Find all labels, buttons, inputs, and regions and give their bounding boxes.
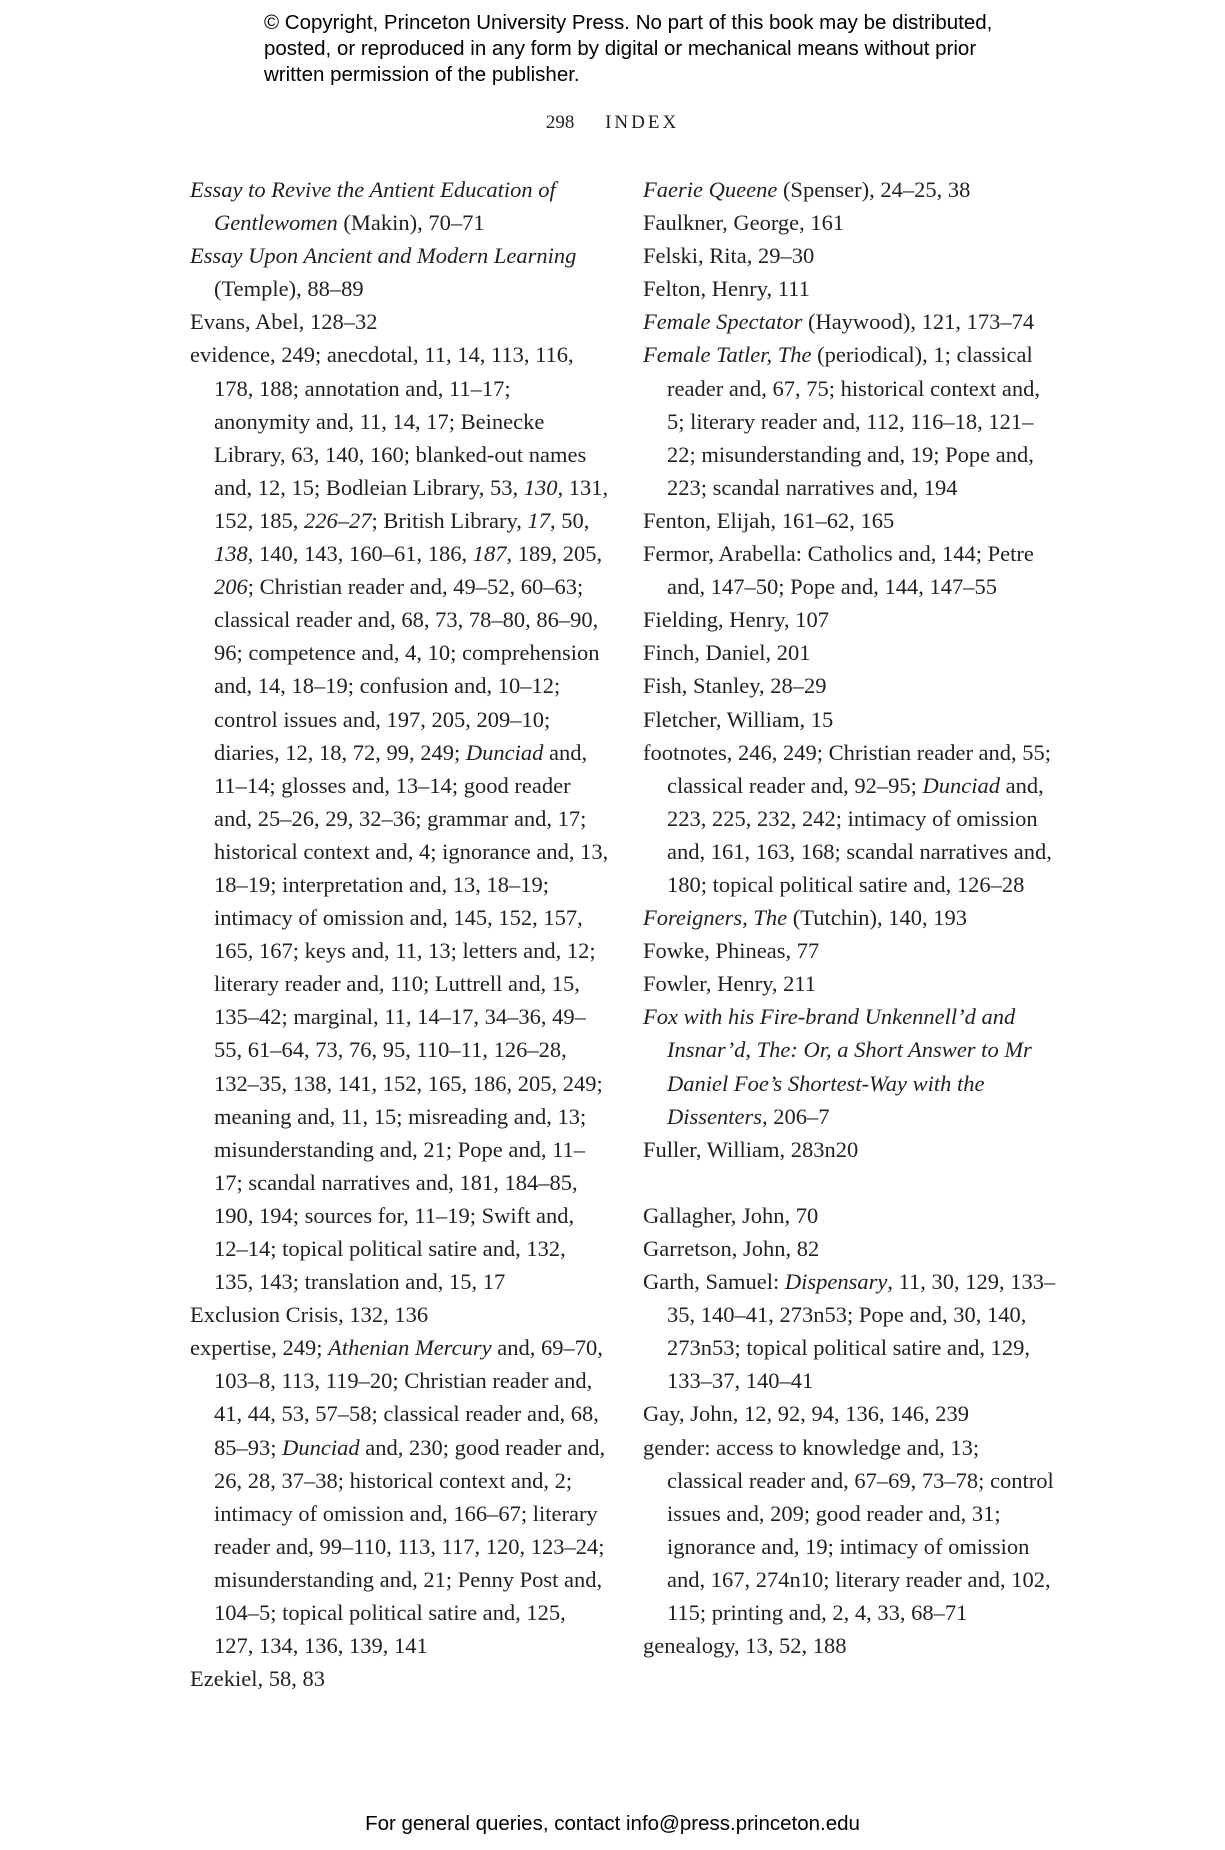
index-entry-italic-text: Foreigners, The — [643, 905, 787, 930]
index-entry-text: (Haywood), 121, 173–74 — [802, 309, 1034, 334]
index-entry-text: (Makin), 70–71 — [338, 210, 485, 235]
index-entry-text: Fowler, Henry, 211 — [643, 971, 816, 996]
index-entry: Evans, Abel, 128–32 — [190, 305, 610, 338]
index-entry-italic-text: Dunciad — [282, 1435, 360, 1460]
index-entry: Essay Upon Ancient and Modern Learning (… — [190, 239, 610, 305]
index-entry-italic-text: Athenian Mercury — [328, 1335, 492, 1360]
index-entry-text: ; Christian reader and, 49–52, 60–63; cl… — [214, 574, 600, 764]
index-entry: Female Spectator (Haywood), 121, 173–74 — [643, 305, 1058, 338]
index-entry: Faulkner, George, 161 — [643, 206, 1058, 239]
index-entry-text: (Spenser), 24–25, 38 — [777, 177, 970, 202]
index-entry-text: Ezekiel, 58, 83 — [190, 1666, 325, 1691]
index-entry-text: , 206–7 — [762, 1104, 830, 1129]
index-entry: Felton, Henry, 111 — [643, 272, 1058, 305]
index-entry: Fuller, William, 283n20 — [643, 1133, 1058, 1166]
index-entry-text: Gallagher, John, 70 — [643, 1203, 818, 1228]
index-entry-text: Gay, John, 12, 92, 94, 136, 146, 239 — [643, 1401, 969, 1426]
index-entry: gender: access to knowledge and, 13; cla… — [643, 1431, 1058, 1630]
index-entry-text: Garth, Samuel: — [643, 1269, 785, 1294]
index-entry: Fowler, Henry, 211 — [643, 967, 1058, 1000]
index-entry: Faerie Queene (Spenser), 24–25, 38 — [643, 173, 1058, 206]
index-entry-text: Fuller, William, 283n20 — [643, 1137, 858, 1162]
index-entry: Fletcher, William, 15 — [643, 703, 1058, 736]
index-column-right: Faerie Queene (Spenser), 24–25, 38Faulkn… — [643, 173, 1058, 1662]
index-entry-text: Fenton, Elijah, 161–62, 165 — [643, 508, 894, 533]
index-entry-text: Finch, Daniel, 201 — [643, 640, 810, 665]
index-entry: Garretson, John, 82 — [643, 1232, 1058, 1265]
index-entry-text: Fowke, Phineas, 77 — [643, 938, 819, 963]
index-entry-text: Fletcher, William, 15 — [643, 707, 833, 732]
index-entry: Ezekiel, 58, 83 — [190, 1662, 610, 1695]
index-entry: Exclusion Crisis, 132, 136 — [190, 1298, 610, 1331]
index-entry: Fowke, Phineas, 77 — [643, 934, 1058, 967]
index-entry-italic-text: Dunciad — [466, 740, 544, 765]
index-entry-italic-text: 130 — [524, 475, 558, 500]
index-entry-text: and, 11–14; glosses and, 13–14; good rea… — [214, 740, 608, 1295]
index-entry-text: (Tutchin), 140, 193 — [787, 905, 967, 930]
index-entry-italic-text: Faerie Queene — [643, 177, 777, 202]
index-entry: Fenton, Elijah, 161–62, 165 — [643, 504, 1058, 537]
index-entry: evidence, 249; anecdotal, 11, 14, 113, 1… — [190, 338, 610, 1298]
index-entry: Essay to Revive the Antient Education of… — [190, 173, 610, 239]
section-title: INDEX — [605, 112, 679, 133]
index-entry-text: Faulkner, George, 161 — [643, 210, 844, 235]
index-entry: Female Tatler, The (periodical), 1; clas… — [643, 338, 1058, 503]
index-entry-text: Fish, Stanley, 28–29 — [643, 673, 827, 698]
index-entry-italic-text: Fox with his Fire-brand Unkennell’d and … — [643, 1004, 1032, 1128]
index-entry-text: Felski, Rita, 29–30 — [643, 243, 814, 268]
index-entry-text: , 50, — [550, 508, 589, 533]
index-entry-text: genealogy, 13, 52, 188 — [643, 1633, 847, 1658]
index-entry: Fermor, Arabella: Catholics and, 144; Pe… — [643, 537, 1058, 603]
index-entry: Felski, Rita, 29–30 — [643, 239, 1058, 272]
index-entry: Garth, Samuel: Dispensary, 11, 30, 129, … — [643, 1265, 1058, 1397]
index-entry-italic-text: Dispensary — [785, 1269, 888, 1294]
index-entry-text: Evans, Abel, 128–32 — [190, 309, 377, 334]
index-entry-italic-text: 226–27 — [304, 508, 372, 533]
index-entry: Foreigners, The (Tutchin), 140, 193 — [643, 901, 1058, 934]
index-entry-text: and, 230; good reader and, 26, 28, 37–38… — [214, 1435, 605, 1659]
index-entry-text: ; British Library, — [372, 508, 528, 533]
index-entry-italic-text: 206 — [214, 574, 248, 599]
running-head: 298 INDEX — [0, 112, 1225, 134]
copyright-notice: © Copyright, Princeton University Press.… — [264, 10, 1024, 88]
index-entry-text: Fielding, Henry, 107 — [643, 607, 829, 632]
footer-contact: For general queries, contact info@press.… — [0, 1812, 1225, 1836]
index-entry-italic-text: Dunciad — [923, 773, 1001, 798]
page-number: 298 — [546, 112, 575, 133]
index-entry-text: expertise, 249; — [190, 1335, 328, 1360]
index-entry: Finch, Daniel, 201 — [643, 636, 1058, 669]
index-entry-italic-text: Essay Upon Ancient and Modern Learning — [190, 243, 576, 268]
index-entry: Fox with his Fire-brand Unkennell’d and … — [643, 1000, 1058, 1132]
index-entry: genealogy, 13, 52, 188 — [643, 1629, 1058, 1662]
index-entry-italic-text: Female Tatler, The — [643, 342, 812, 367]
index-entry-italic-text: 187 — [473, 541, 507, 566]
index-entry-italic-text: 17 — [528, 508, 551, 533]
index-entry-italic-text: Female Spectator — [643, 309, 802, 334]
index-entry: Gay, John, 12, 92, 94, 136, 146, 239 — [643, 1397, 1058, 1430]
index-entry-text: Garretson, John, 82 — [643, 1236, 819, 1261]
index-entry: Fielding, Henry, 107 — [643, 603, 1058, 636]
index-entry-text: Fermor, Arabella: Catholics and, 144; Pe… — [643, 541, 1034, 599]
index-column-left: Essay to Revive the Antient Education of… — [190, 173, 610, 1695]
index-entry-italic-text: 138 — [214, 541, 248, 566]
index-entry-text: , 189, 205, — [507, 541, 603, 566]
index-entry-text: (Temple), 88–89 — [214, 276, 364, 301]
index-entry-text: Felton, Henry, 111 — [643, 276, 810, 301]
index-entry-text: Exclusion Crisis, 132, 136 — [190, 1302, 428, 1327]
index-entry: footnotes, 246, 249; Christian reader an… — [643, 736, 1058, 901]
index-entry: expertise, 249; Athenian Mercury and, 69… — [190, 1331, 610, 1662]
index-entry-text: , 140, 143, 160–61, 186, — [248, 541, 473, 566]
index-entry: Fish, Stanley, 28–29 — [643, 669, 1058, 702]
index-entry: Gallagher, John, 70 — [643, 1199, 1058, 1232]
index-entry-text: gender: access to knowledge and, 13; cla… — [643, 1435, 1054, 1625]
